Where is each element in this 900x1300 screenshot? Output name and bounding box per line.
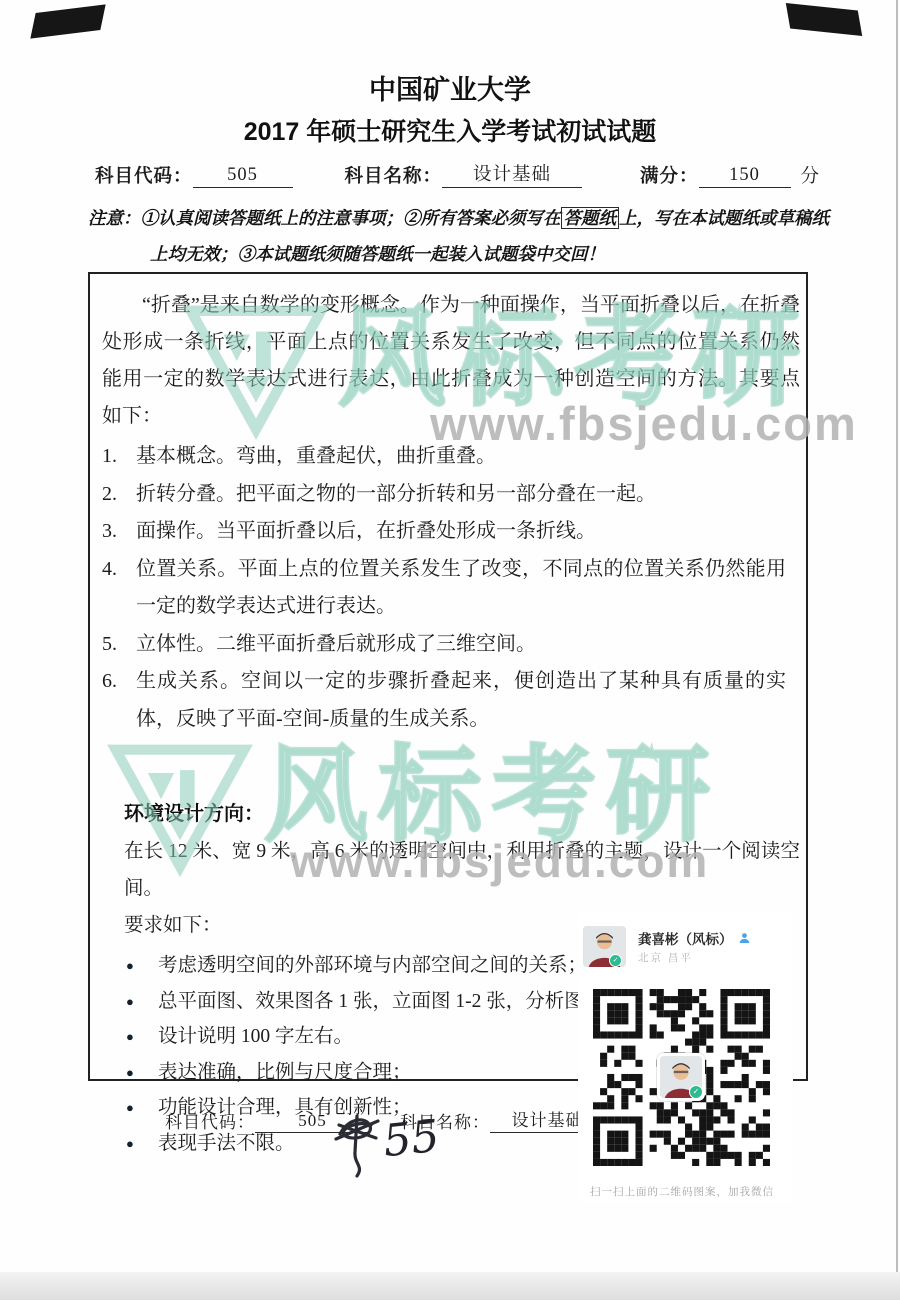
section-intro: 在长 12 米、宽 9 米，高 6 米的透明空间中，利用折叠的主题，设计一个阅读… (124, 833, 800, 907)
list-item: 4.位置关系。平面上点的位置关系发生了改变，不同点的位置关系仍然能用一定的数学表… (102, 551, 794, 626)
notice-boxed-term: 答题纸 (561, 207, 620, 229)
full-score-value: 150 (699, 165, 791, 188)
item-text: 面操作。当平面折叠以后，在折叠处形成一条折线。 (136, 513, 794, 551)
notice-block: 注意：①认真阅读答题纸上的注意事项；②所有答案必须写在答题纸上，写在本试题纸或草… (88, 200, 828, 272)
university-title: 中国矿业大学 (0, 68, 900, 107)
handwritten-score: 55 (326, 1106, 461, 1191)
notice-line-1: 注意：①认真阅读答题纸上的注意事项；②所有答案必须写在答题纸上，写在本试题纸或草… (88, 200, 828, 236)
score-text: 55 (381, 1111, 442, 1168)
item-number: 3. (102, 513, 136, 551)
section-title: 环境设计方向： (124, 796, 800, 833)
exam-paper-page: 中国矿业大学 2017 年硕士研究生入学考试初试试题 科目代码： 505 科目名… (0, 0, 900, 1300)
verified-badge-icon: ✓ (609, 954, 622, 967)
item-number: 5. (102, 626, 136, 664)
list-item: 1.基本概念。弯曲，重叠起伏，曲折重叠。 (102, 438, 794, 476)
full-score-label: 满分： (640, 162, 699, 188)
item-text: 折转分叠。把平面之物的一部分折转和另一部分叠在一起。 (136, 476, 794, 514)
wechat-name-text: 龚喜彬（风标） (638, 928, 733, 948)
notice-part1: ①认真阅读答题纸上的注意事项；②所有答案必须写在 (141, 208, 561, 228)
subject-code-value: 505 (193, 165, 293, 188)
list-item: 5.立体性。二维平面折叠后就形成了三维空间。 (102, 626, 794, 664)
subject-code-label: 科目代码： (95, 162, 193, 188)
wechat-location: 北京 昌平 (638, 950, 693, 965)
scan-artifact-top-left (30, 4, 105, 38)
item-text: 生成关系。空间以一定的步骤折叠起来，便创造出了某种具有质量的实体，反映了平面-空… (136, 663, 794, 738)
item-text: 基本概念。弯曲，重叠起伏，曲折重叠。 (136, 438, 794, 476)
qr-caption: 扫一扫上面的二维码图案，加我微信 (570, 1184, 794, 1199)
scan-edge-line (896, 0, 898, 1300)
list-item: 2.折转分叠。把平面之物的一部分折转和另一部分叠在一起。 (102, 476, 794, 514)
item-number: 1. (102, 438, 136, 476)
full-score-unit: 分 (801, 162, 821, 188)
notice-label: 注意： (88, 208, 141, 228)
scan-artifact-top-right (786, 3, 862, 36)
verified-badge-icon: ✓ (689, 1085, 703, 1099)
scan-bottom-shadow (0, 1272, 900, 1300)
header-fields: 科目代码： 505 科目名称： 设计基础 满分： 150 分 (95, 160, 825, 188)
question-intro: “折叠”是来自数学的变形概念。作为一种面操作，当平面折叠以后，在折叠处形成一条折… (102, 287, 800, 435)
exam-subtitle: 2017 年硕士研究生入学考试初试试题 (0, 112, 900, 148)
qr-center-avatar: ✓ (657, 1053, 705, 1101)
subject-code-label: 科目代码： (165, 1108, 255, 1133)
subject-name-value: 设计基础 (442, 160, 582, 188)
item-number: 2. (102, 476, 136, 514)
wechat-name: 龚喜彬（风标） (638, 928, 750, 948)
item-text: 立体性。二维平面折叠后就形成了三维空间。 (136, 626, 794, 664)
item-number: 4. (102, 551, 136, 626)
notice-line-2: 上均无效；③本试题纸须随答题纸一起装入试题袋中交回！ (88, 236, 828, 272)
item-number: 6. (102, 663, 136, 738)
list-item: 6.生成关系。空间以一定的步骤折叠起来，便创造出了某种具有质量的实体，反映了平面… (102, 663, 794, 738)
subject-name-label: 科目名称： (345, 162, 443, 188)
notice-part2: 上，写在本试题纸或草稿纸 (619, 208, 829, 228)
item-text: 位置关系。平面上点的位置关系发生了改变，不同点的位置关系仍然能用一定的数学表达式… (136, 551, 794, 626)
qr-code: ✓ (593, 989, 770, 1166)
list-item: 3.面操作。当平面折叠以后，在折叠处形成一条折线。 (102, 513, 794, 551)
person-icon (739, 932, 750, 944)
wechat-profile: ✓ 龚喜彬（风标） 北京 昌平 (583, 924, 803, 980)
key-points-list: 1.基本概念。弯曲，重叠起伏，曲折重叠。 2.折转分叠。把平面之物的一部分折转和… (102, 438, 794, 738)
